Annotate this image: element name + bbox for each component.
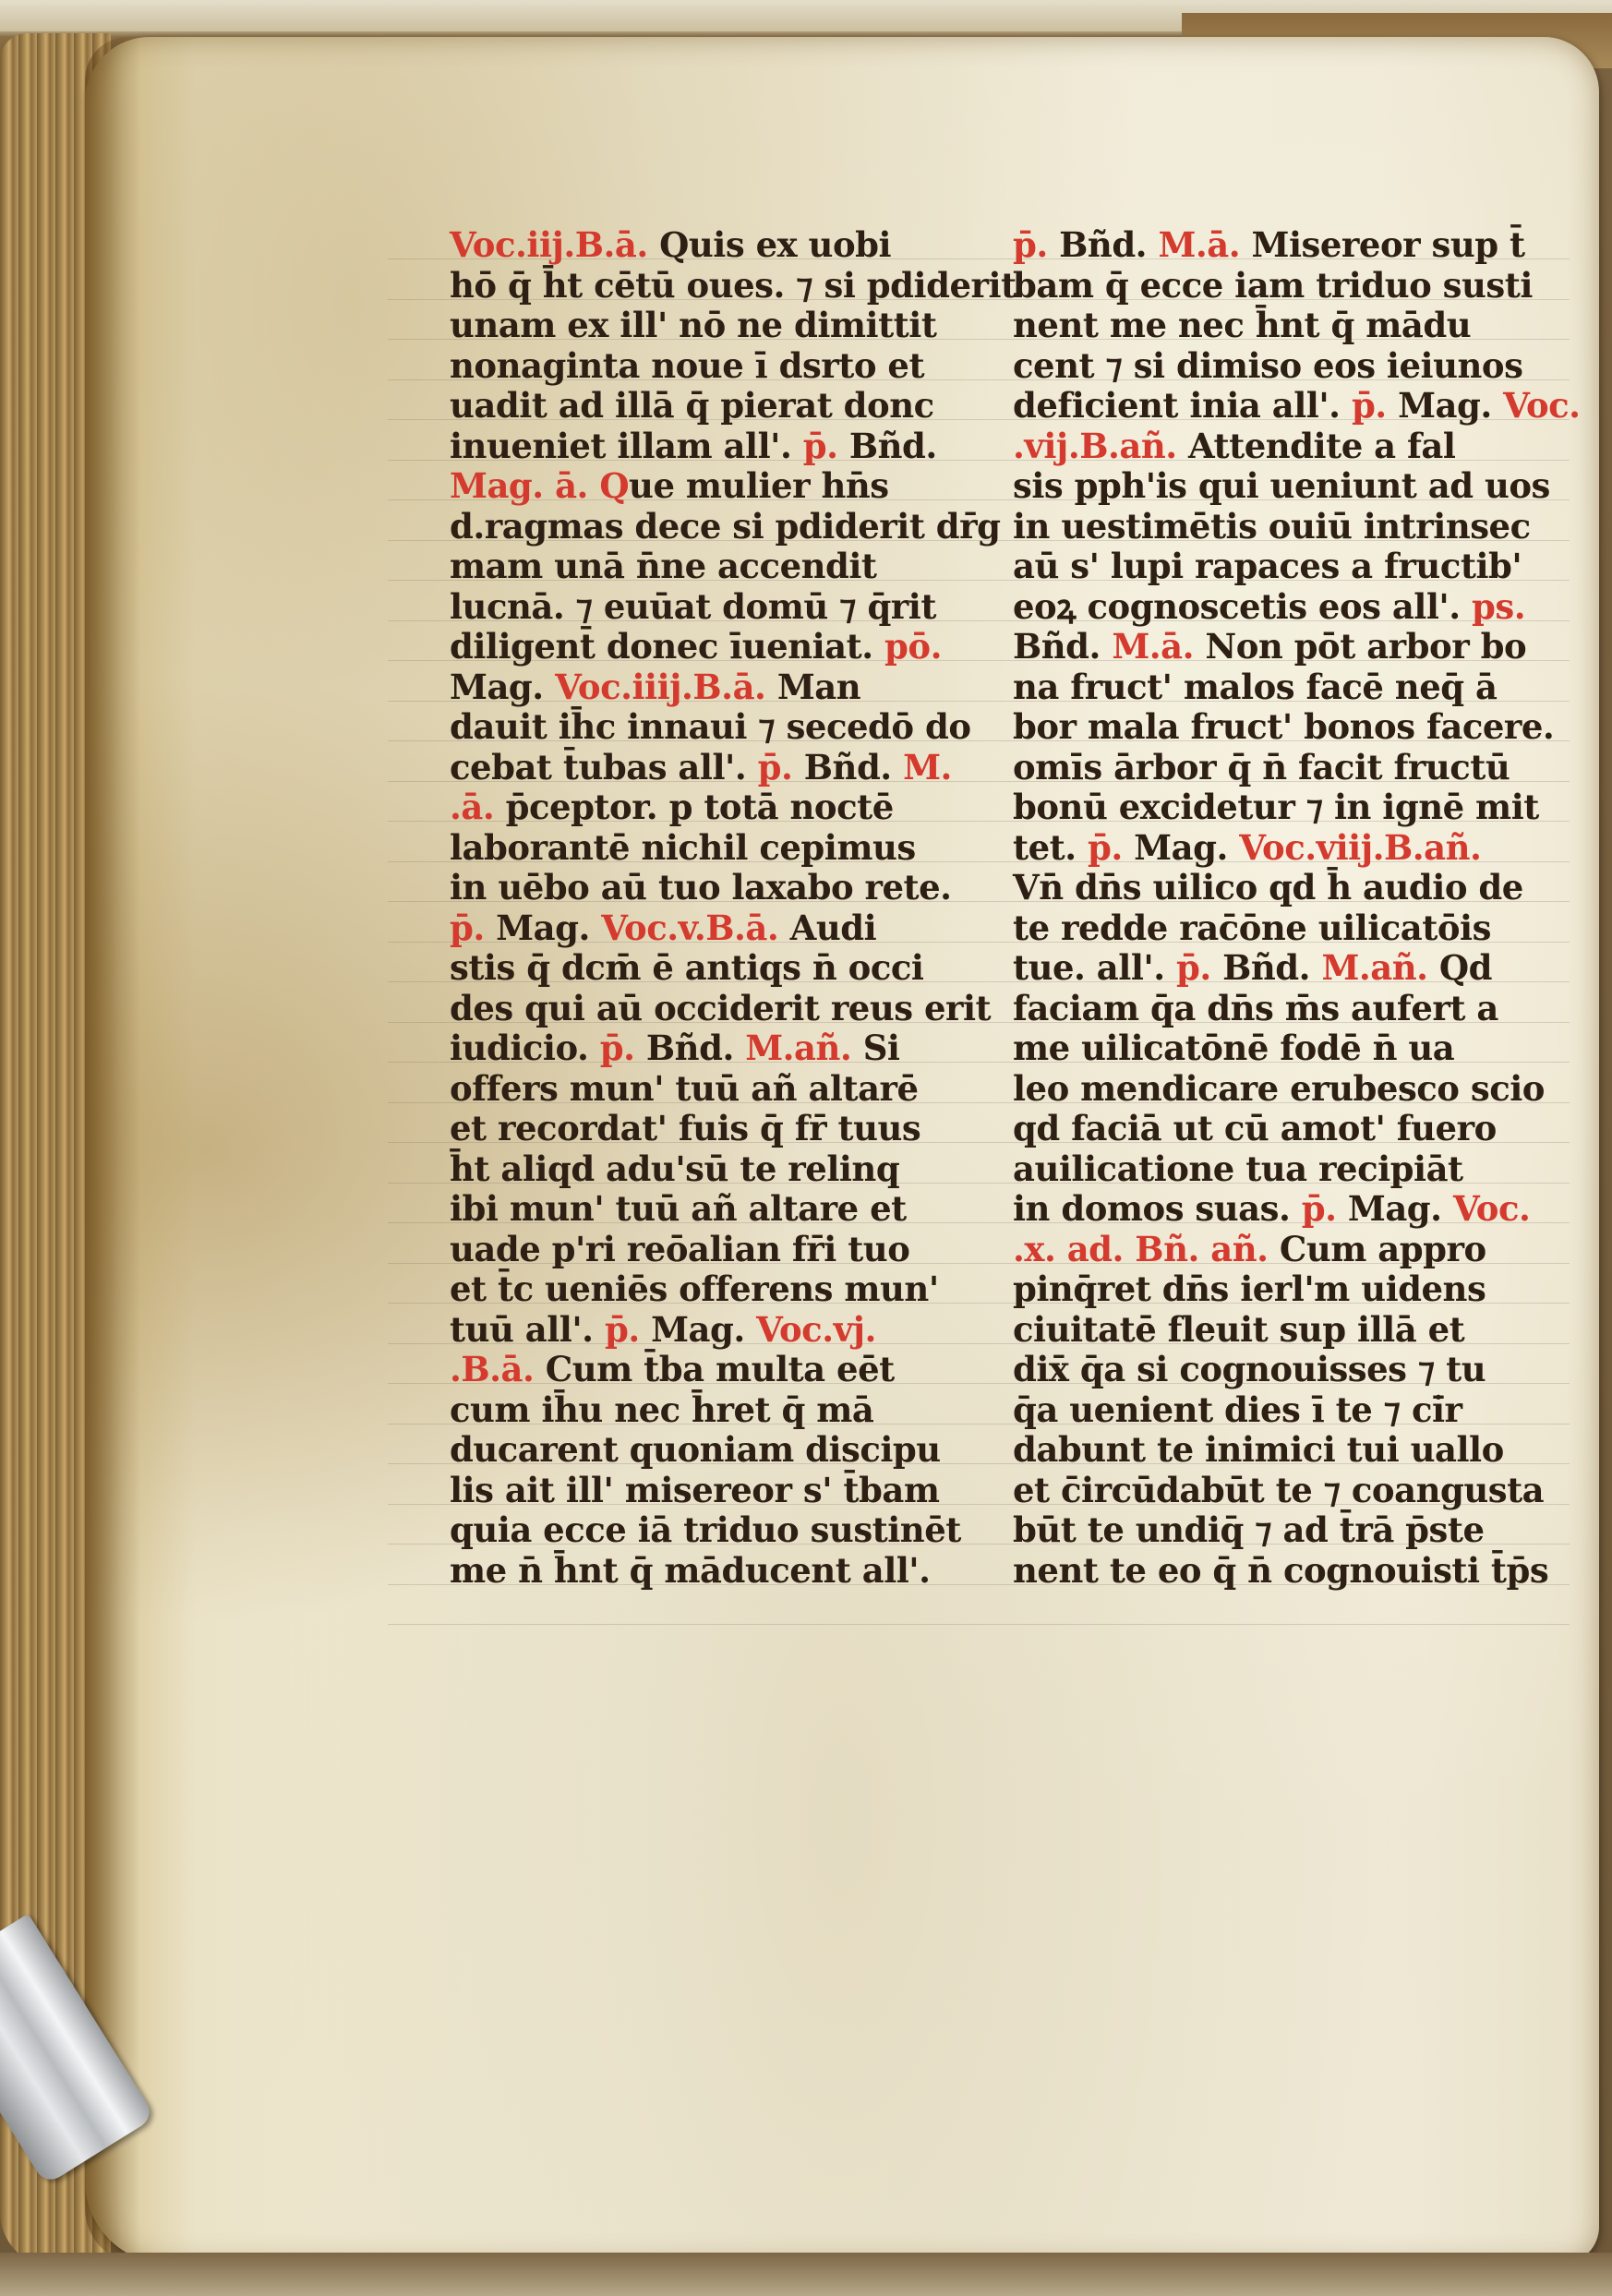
rubric-text: Voc.vj. [756, 1309, 876, 1350]
manuscript-line: .ā. p̄ceptor. p totā noctē [450, 787, 948, 828]
manuscript-line: tue. all'. p̄. Bñd. M.añ. Qd [1013, 948, 1539, 989]
manuscript-line: h̄t aliqd adu'sū te relinq [450, 1149, 948, 1190]
body-text: Quis ex uobi [659, 224, 891, 265]
manuscript-line: q̄a uenient dies ī te ⁊ ci̇̄r [1013, 1390, 1539, 1431]
body-text: Mag. [496, 908, 601, 948]
body-text: Attendite a fal [1188, 426, 1455, 466]
manuscript-line: bam q̄ ecce iam triduo susti [1013, 266, 1539, 307]
body-text: me n̄ h̄nt q̄ māducent all'. [450, 1550, 931, 1591]
rubric-text: p̄. [600, 1028, 646, 1068]
body-text: dix̄ q̄a si cognouisses ⁊ tu [1013, 1349, 1486, 1389]
body-text: uade p'ri reōalian fr̄i tuo [450, 1229, 909, 1269]
manuscript-line: lis ait ill' misereor s' t̄bam [450, 1471, 948, 1511]
ruling-line [388, 1624, 1570, 1625]
body-text: Bñd. [849, 426, 937, 466]
manuscript-line: laborantē nichil cepimus [450, 828, 948, 869]
rubric-text: .x. ad. Bñ. añ. [1013, 1229, 1280, 1269]
rubric-text: Voc.viij.B.añ. [1239, 827, 1481, 868]
manuscript-line: uadit ad illā q̄ pierat donc [450, 386, 948, 427]
manuscript-line: stis q̄ dcm̄ ē antiqs n̄ occi [450, 948, 948, 989]
body-text: tuū all'. [450, 1309, 605, 1350]
body-text: auilicatione tua recipiāt [1013, 1148, 1463, 1189]
body-text: et t̄c ueniēs offerens mun' [450, 1268, 939, 1309]
rubric-text: M.ā. [1158, 224, 1251, 265]
manuscript-line: pinq̄ret dn̄s ierl'm uidens [1013, 1269, 1539, 1310]
manuscript-line: unam ex ill' nō ne dimittit [450, 306, 948, 346]
body-text: d.ragmas dece si pdiderit dr̄g [450, 506, 1001, 547]
body-text: Mag. [1134, 827, 1239, 868]
manuscript-line: cent ⁊ si dimiso eos ieiunos [1013, 346, 1539, 387]
body-text: inueniet illam all'. [450, 426, 803, 466]
manuscript-line: quia ecce iā triduo sustinēt [450, 1510, 948, 1551]
body-text: quia ecce iā triduo sustinēt [450, 1509, 961, 1550]
body-text: h̄t aliqd adu'sū te relinq [450, 1148, 899, 1189]
body-text: q̄a uenient dies ī te ⁊ ci̇̄r [1013, 1389, 1462, 1430]
manuscript-line: des qui aū occiderit reus erit [450, 989, 948, 1029]
manuscript-line: in uēbo aū tuo laxabo rete. [450, 868, 948, 908]
manuscript-line: bonū excidetur ⁊ in ignē mit [1013, 787, 1539, 828]
body-text: būt te undiq̄ ⁊ ad t̄rā p̄ste [1013, 1509, 1485, 1550]
rubric-text: ps. [1472, 586, 1525, 627]
manuscript-line: ibi mun' tuū añ altare et [450, 1189, 948, 1230]
rubric-text: p̄. [605, 1309, 651, 1350]
body-text: et recordat' fuis q̄ fr̄ tuus [450, 1108, 920, 1148]
manuscript-line: omīs ārbor q̄ n̄ facit fructū [1013, 748, 1539, 788]
body-text: Bñd. [1222, 947, 1321, 988]
manuscript-line: p̄. Mag. Voc.v.B.ā. Audi [450, 908, 948, 949]
body-text: stis q̄ dcm̄ ē antiqs n̄ occi [450, 947, 923, 988]
body-text: lucnā. ⁊ euūat domū ⁊ q̄rit [450, 586, 936, 627]
manuscript-line: nent te eo q̄ n̄ cognouisti t̄p̄s [1013, 1551, 1539, 1592]
body-text: Cum t̄ba multa eēt [546, 1349, 895, 1389]
body-text: eoꝝ cognoscetis eos all'. [1013, 586, 1472, 627]
body-text: iudicio. [450, 1028, 600, 1068]
body-text: in uēbo aū tuo laxabo rete. [450, 867, 952, 908]
body-text: offers mun' tuū añ altarē [450, 1068, 919, 1109]
body-text: deficient inia all'. [1013, 385, 1352, 426]
manuscript-line: tet. p̄. Mag. Voc.viij.B.añ. [1013, 828, 1539, 869]
manuscript-line: Bñd. M.ā. Non pōt arbor bo [1013, 627, 1539, 667]
manuscript-line: mam unā n̄ne accendit [450, 547, 948, 587]
rubric-text: p̄. [1352, 385, 1398, 426]
body-text: bor mala fruct' bonos facere. [1013, 706, 1554, 747]
body-text: hō q̄ h̄t cētū oues. ⁊ si pdiderit [450, 265, 1017, 306]
manuscript-line: lucnā. ⁊ euūat domū ⁊ q̄rit [450, 587, 948, 628]
manuscript-line: in uestimētis ouiū intrinsec [1013, 507, 1539, 547]
body-text: Mag. [651, 1309, 756, 1350]
rubric-text: M.añ. [745, 1028, 862, 1068]
body-text: Qd [1439, 947, 1492, 988]
manuscript-line: in domos suas. p̄. Mag. Voc. [1013, 1189, 1539, 1230]
rubric-text: p̄. [1013, 224, 1059, 265]
body-text: leo mendicare erubesco scio [1013, 1068, 1545, 1109]
body-text: sis pph'is qui ueniunt ad uos [1013, 465, 1550, 506]
body-text: uadit ad illā q̄ pierat donc [450, 385, 934, 426]
body-text: diligent̄ donec īueniat. [450, 626, 884, 667]
manuscript-line: ciuitatē fleuit sup illā et [1013, 1310, 1539, 1351]
manuscript-line: hō q̄ h̄t cētū oues. ⁊ si pdiderit [450, 266, 948, 307]
rubric-text: p̄. [803, 426, 849, 466]
body-text: ducarent quoniam discipu [450, 1429, 941, 1470]
body-text: des qui aū occiderit reus erit [450, 988, 991, 1028]
gutter-stain [85, 37, 140, 2264]
rubric-text: Voc.iiij.B.ā. [555, 667, 777, 707]
manuscript-line: me uilicatōnē fodē n̄ ua [1013, 1028, 1539, 1069]
body-text: bonū excidetur ⁊ in ignē mit [1013, 787, 1539, 827]
manuscript-line: Mag. Voc.iiij.B.ā. Man [450, 667, 948, 708]
body-text: Mag. [450, 667, 555, 707]
rubric-text: p̄. [758, 747, 804, 787]
rubric-text: Q [599, 465, 629, 506]
body-text: ciuitatē fleuit sup illā et [1013, 1309, 1464, 1350]
body-text: dauit ih̄c innaui ⁊ secedō do [450, 706, 971, 747]
manuscript-line: faciam q̄a dn̄s m̄s aufert a [1013, 989, 1539, 1029]
body-text: Misereor sup t̄ [1252, 224, 1525, 265]
rubric-text: .ā. [450, 787, 506, 827]
rubric-text: p̄. [450, 908, 496, 948]
body-text: Bñd. [1013, 626, 1112, 667]
rubric-text: M.ā. [1112, 626, 1205, 667]
body-text: nent te eo q̄ n̄ cognouisti t̄p̄s [1013, 1550, 1548, 1591]
body-text: na fruct' malos facē neq̄ ā [1013, 667, 1497, 707]
manuscript-line: tuū all'. p̄. Mag. Voc.vj. [450, 1310, 948, 1351]
rubric-text: M.añ. [1321, 947, 1438, 988]
body-text: unam ex ill' nō ne dimittit [450, 305, 936, 345]
manuscript-line: deficient inia all'. p̄. Mag. Voc. [1013, 386, 1539, 427]
body-text: ue mulier hn̄s [629, 465, 889, 506]
manuscript-line: būt te undiq̄ ⁊ ad t̄rā p̄ste [1013, 1510, 1539, 1551]
manuscript-line: et recordat' fuis q̄ fr̄ tuus [450, 1109, 948, 1149]
rubric-text: p̄. [1302, 1188, 1348, 1229]
manuscript-line: iudicio. p̄. Bñd. M.añ. Si [450, 1028, 948, 1069]
body-text: ibi mun' tuū añ altare et [450, 1188, 907, 1229]
manuscript-line: dix̄ q̄a si cognouisses ⁊ tu [1013, 1350, 1539, 1390]
rubric-text: p̄. [1176, 947, 1222, 988]
manuscript-line: me n̄ h̄nt q̄ māducent all'. [450, 1551, 948, 1592]
body-text: nent me nec h̄nt q̄ mādu [1013, 305, 1471, 345]
manuscript-line: offers mun' tuū añ altarē [450, 1069, 948, 1110]
manuscript-line: d.ragmas dece si pdiderit dr̄g [450, 507, 948, 547]
body-text: te redde rac̄ōne uilicatōis [1013, 908, 1491, 948]
rubric-text: M. [903, 747, 952, 787]
manuscript-line: et c̄ircūdabūt te ⁊ coangusta [1013, 1471, 1539, 1511]
body-text: faciam q̄a dn̄s m̄s aufert a [1013, 988, 1498, 1028]
manuscript-line: diligent̄ donec īueniat. pō. [450, 627, 948, 667]
body-text: Bñd. [1059, 224, 1158, 265]
rubric-text: .vij.B.añ. [1013, 426, 1188, 466]
body-text: Vn̄ dn̄s uilico qd h̄ audio de [1013, 867, 1523, 908]
body-text: omīs ārbor q̄ n̄ facit fructū [1013, 747, 1510, 787]
manuscript-line: cum ih̄u nec h̄ret q̄ mā [450, 1390, 948, 1431]
body-text: Non pōt arbor bo [1205, 626, 1526, 667]
body-text: cum ih̄u nec h̄ret q̄ mā [450, 1389, 873, 1430]
body-text: et c̄ircūdabūt te ⁊ coangusta [1013, 1470, 1544, 1510]
manuscript-line: ducarent quoniam discipu [450, 1430, 948, 1471]
rubric-text: p̄. [1088, 827, 1134, 868]
manuscript-line: dabunt te inimici tui uallo [1013, 1430, 1539, 1471]
body-text: in uestimētis ouiū intrinsec [1013, 506, 1531, 547]
body-text: cent ⁊ si dimiso eos ieiunos [1013, 345, 1522, 386]
manuscript-line: aū s' lupi rapaces a fructib' [1013, 547, 1539, 587]
rubric-text: Mag. ā. [450, 465, 599, 506]
manuscript-line: qd faciā ut cū amot' fuero [1013, 1109, 1539, 1149]
manuscript-line: p̄. Bñd. M.ā. Misereor sup t̄ [1013, 225, 1539, 266]
manuscript-line: auilicatione tua recipiāt [1013, 1149, 1539, 1190]
body-text: laborantē nichil cepimus [450, 827, 916, 868]
body-text: mam unā n̄ne accendit [450, 546, 877, 586]
body-text: Cum appro [1280, 1229, 1486, 1269]
manuscript-line: nent me nec h̄nt q̄ mādu [1013, 306, 1539, 346]
manuscript-line: eoꝝ cognoscetis eos all'. ps. [1013, 587, 1539, 628]
manuscript-line: te redde rac̄ōne uilicatōis [1013, 908, 1539, 949]
body-text: aū s' lupi rapaces a fructib' [1013, 546, 1522, 586]
manuscript-line: Vn̄ dn̄s uilico qd h̄ audio de [1013, 868, 1539, 908]
rubric-text: Voc.iij.B.ā. [450, 224, 659, 265]
rubric-text: Voc.v.B.ā. [601, 908, 789, 948]
manuscript-line: et t̄c ueniēs offerens mun' [450, 1269, 948, 1310]
table-surface [0, 2253, 1612, 2296]
body-text: Bñd. [646, 1028, 745, 1068]
body-text: bam q̄ ecce iam triduo susti [1013, 265, 1533, 306]
body-text: Bñd. [804, 747, 903, 787]
manuscript-line: Mag. ā. Que mulier hn̄s [450, 466, 948, 507]
body-text: in domos suas. [1013, 1188, 1302, 1229]
body-text: pinq̄ret dn̄s ierl'm uidens [1013, 1268, 1486, 1309]
manuscript-line: nonaginta noue ī dsrto et [450, 346, 948, 387]
text-column-right: p̄. Bñd. M.ā. Misereor sup t̄bam q̄ ecce… [1013, 225, 1539, 1591]
manuscript-line: na fruct' malos facē neq̄ ā [1013, 667, 1539, 708]
manuscript-line: uade p'ri reōalian fr̄i tuo [450, 1230, 948, 1270]
body-text: qd faciā ut cū amot' fuero [1013, 1108, 1497, 1148]
body-text: lis ait ill' misereor s' t̄bam [450, 1470, 940, 1510]
rubric-text: Voc. [1453, 1188, 1530, 1229]
body-text: Audi [790, 908, 877, 948]
manuscript-line: cebat t̄ubas all'. p̄. Bñd. M. [450, 748, 948, 788]
text-column-left: Voc.iij.B.ā. Quis ex uobihō q̄ h̄t cētū … [450, 225, 948, 1591]
rubric-text: Voc. [1503, 385, 1580, 426]
manuscript-line: .x. ad. Bñ. añ. Cum appro [1013, 1230, 1539, 1270]
body-text: p̄ceptor. p totā noctē [506, 787, 894, 827]
manuscript-line: .B.ā. Cum t̄ba multa eēt [450, 1350, 948, 1390]
manuscript-line: .vij.B.añ. Attendite a fal [1013, 427, 1539, 467]
rubric-text: .B.ā. [450, 1349, 546, 1389]
body-text: nonaginta noue ī dsrto et [450, 345, 924, 386]
body-text: Mag. [1398, 385, 1503, 426]
body-text: me uilicatōnē fodē n̄ ua [1013, 1028, 1454, 1068]
body-text: Si [863, 1028, 900, 1068]
rubric-text: pō. [884, 626, 942, 667]
manuscript-line: bor mala fruct' bonos facere. [1013, 707, 1539, 748]
manuscript-line: Voc.iij.B.ā. Quis ex uobi [450, 225, 948, 266]
body-text: tet. [1013, 827, 1088, 868]
body-text: tue. all'. [1013, 947, 1176, 988]
manuscript-line: inueniet illam all'. p̄. Bñd. [450, 427, 948, 467]
body-text: dabunt te inimici tui uallo [1013, 1429, 1504, 1470]
body-text: Man [777, 667, 860, 707]
manuscript-line: sis pph'is qui ueniunt ad uos [1013, 466, 1539, 507]
manuscript-line: leo mendicare erubesco scio [1013, 1069, 1539, 1110]
manuscript-line: dauit ih̄c innaui ⁊ secedō do [450, 707, 948, 748]
body-text: Mag. [1348, 1188, 1453, 1229]
body-text: cebat t̄ubas all'. [450, 747, 758, 787]
